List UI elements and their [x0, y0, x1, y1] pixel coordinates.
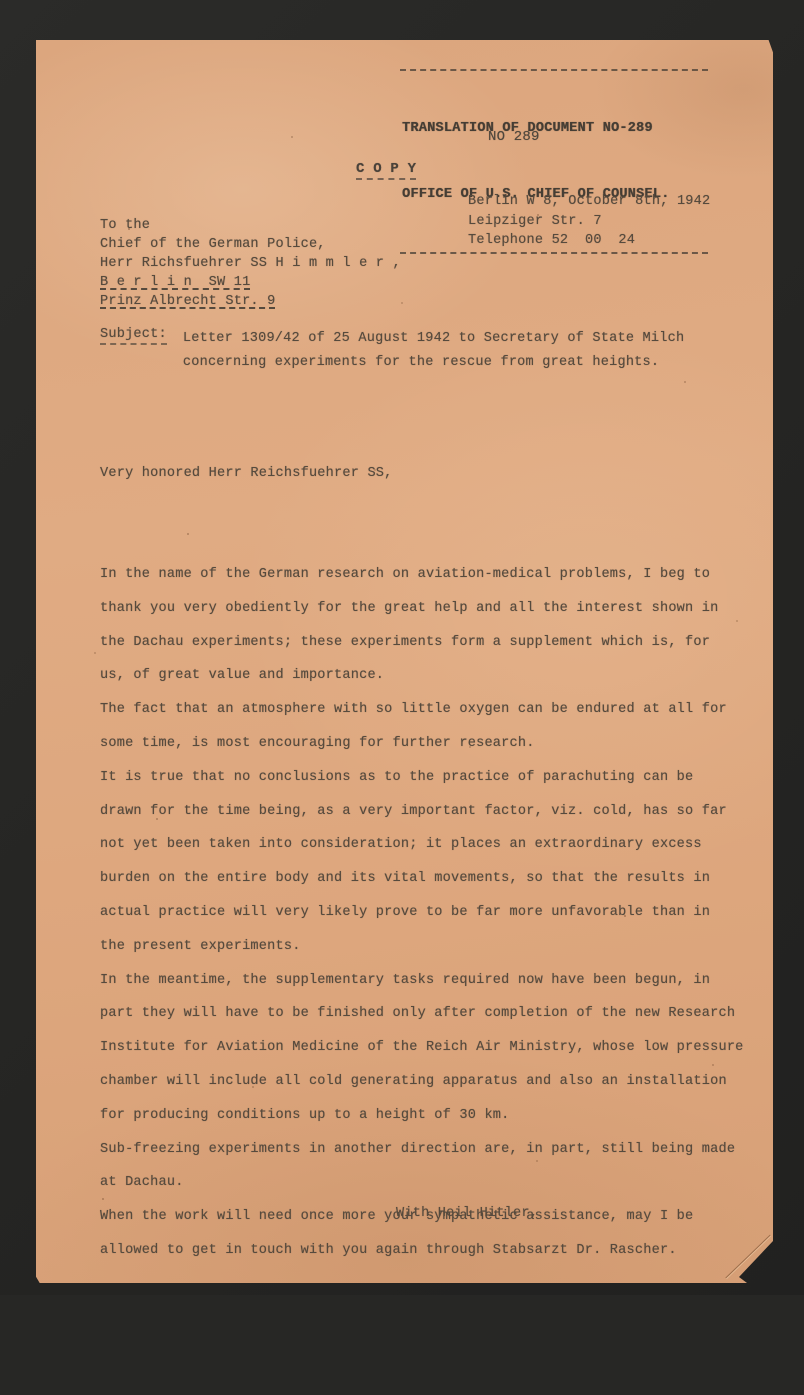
- body-line: part they will have to be finished only …: [100, 997, 744, 1031]
- body-line: for producing conditions up to a height …: [100, 1099, 744, 1133]
- subject-text-line: Letter 1309/42 of 25 August 1942 to Secr…: [183, 327, 684, 351]
- copy-heading: C O P Y: [356, 161, 416, 180]
- subject-label: Subject:: [100, 327, 167, 345]
- closing-section: With Heil Hitler, (signed): Prof. Dr. Hi…: [396, 1131, 630, 1295]
- body-line: the present experiments.: [100, 930, 744, 964]
- stamp-line-1: TRANSLATION OF DOCUMENT NO-289: [402, 118, 708, 140]
- sender-address-line: Telephone 52 00 24: [468, 231, 710, 251]
- closing-salute: With Heil Hitler,: [396, 1197, 630, 1230]
- body-line: In the meantime, the supplementary tasks…: [100, 964, 744, 998]
- recipient-address-line-text: B e r l i n SW 11: [100, 275, 250, 290]
- recipient-address-line-text: Prinz Albrecht Str. 9: [100, 294, 276, 309]
- salutation: Very honored Herr Reichsfuehrer SS,: [100, 457, 744, 491]
- recipient-address-block: To theChief of the German Police,Herr Ri…: [100, 216, 401, 311]
- recipient-address-line: Prinz Albrecht Str. 9: [100, 292, 401, 311]
- body-line: the Dachau experiments; these experiment…: [100, 626, 744, 660]
- recipient-address-line: Chief of the German Police,: [100, 235, 401, 254]
- paper-texture: [36, 40, 38, 42]
- recipient-address-line-text: To the: [100, 218, 150, 233]
- subject-text: Letter 1309/42 of 25 August 1942 to Secr…: [183, 327, 684, 375]
- sender-address-line: Berlin W 8, October 8th, 1942: [468, 192, 710, 212]
- document-number: NO 289: [488, 129, 540, 145]
- body-line: In the name of the German research on av…: [100, 558, 744, 592]
- body-line: Institute for Aviation Medicine of the R…: [100, 1031, 744, 1065]
- body-line: us, of great value and importance.: [100, 659, 744, 693]
- body-line: actual practice will very likely prove t…: [100, 896, 744, 930]
- body-line: The fact that an atmosphere with so litt…: [100, 693, 744, 727]
- body-line: not yet been taken into consideration; i…: [100, 828, 744, 862]
- sender-address-line: Leipziger Str. 7: [468, 212, 710, 232]
- body-line: some time, is most encouraging for furth…: [100, 727, 744, 761]
- subject-section: Subject: Letter 1309/42 of 25 August 194…: [100, 327, 684, 375]
- recipient-address-line: B e r l i n SW 11: [100, 273, 401, 292]
- body-line: chamber will include all cold generating…: [100, 1065, 744, 1099]
- recipient-address-line-text: Chief of the German Police,: [100, 237, 326, 252]
- recipient-address-line: Herr Richsfuehrer SS H i m m l e r ,: [100, 254, 401, 273]
- document-page: TRANSLATION OF DOCUMENT NO-289 OFFICE OF…: [36, 40, 773, 1283]
- recipient-address-line: To the: [100, 216, 401, 235]
- recipient-address-line-text: Herr Richsfuehrer SS H i m m l e r ,: [100, 256, 401, 271]
- sender-address-block: Berlin W 8, October 8th, 1942Leipziger S…: [468, 192, 710, 251]
- body-line: drawn for the time being, as a very impo…: [100, 795, 744, 829]
- subject-text-line: concerning experiments for the rescue fr…: [183, 351, 684, 375]
- body-line: burden on the entire body and its vital …: [100, 862, 744, 896]
- body-line: It is true that no conclusions as to the…: [100, 761, 744, 795]
- body-line: thank you very obediently for the great …: [100, 592, 744, 626]
